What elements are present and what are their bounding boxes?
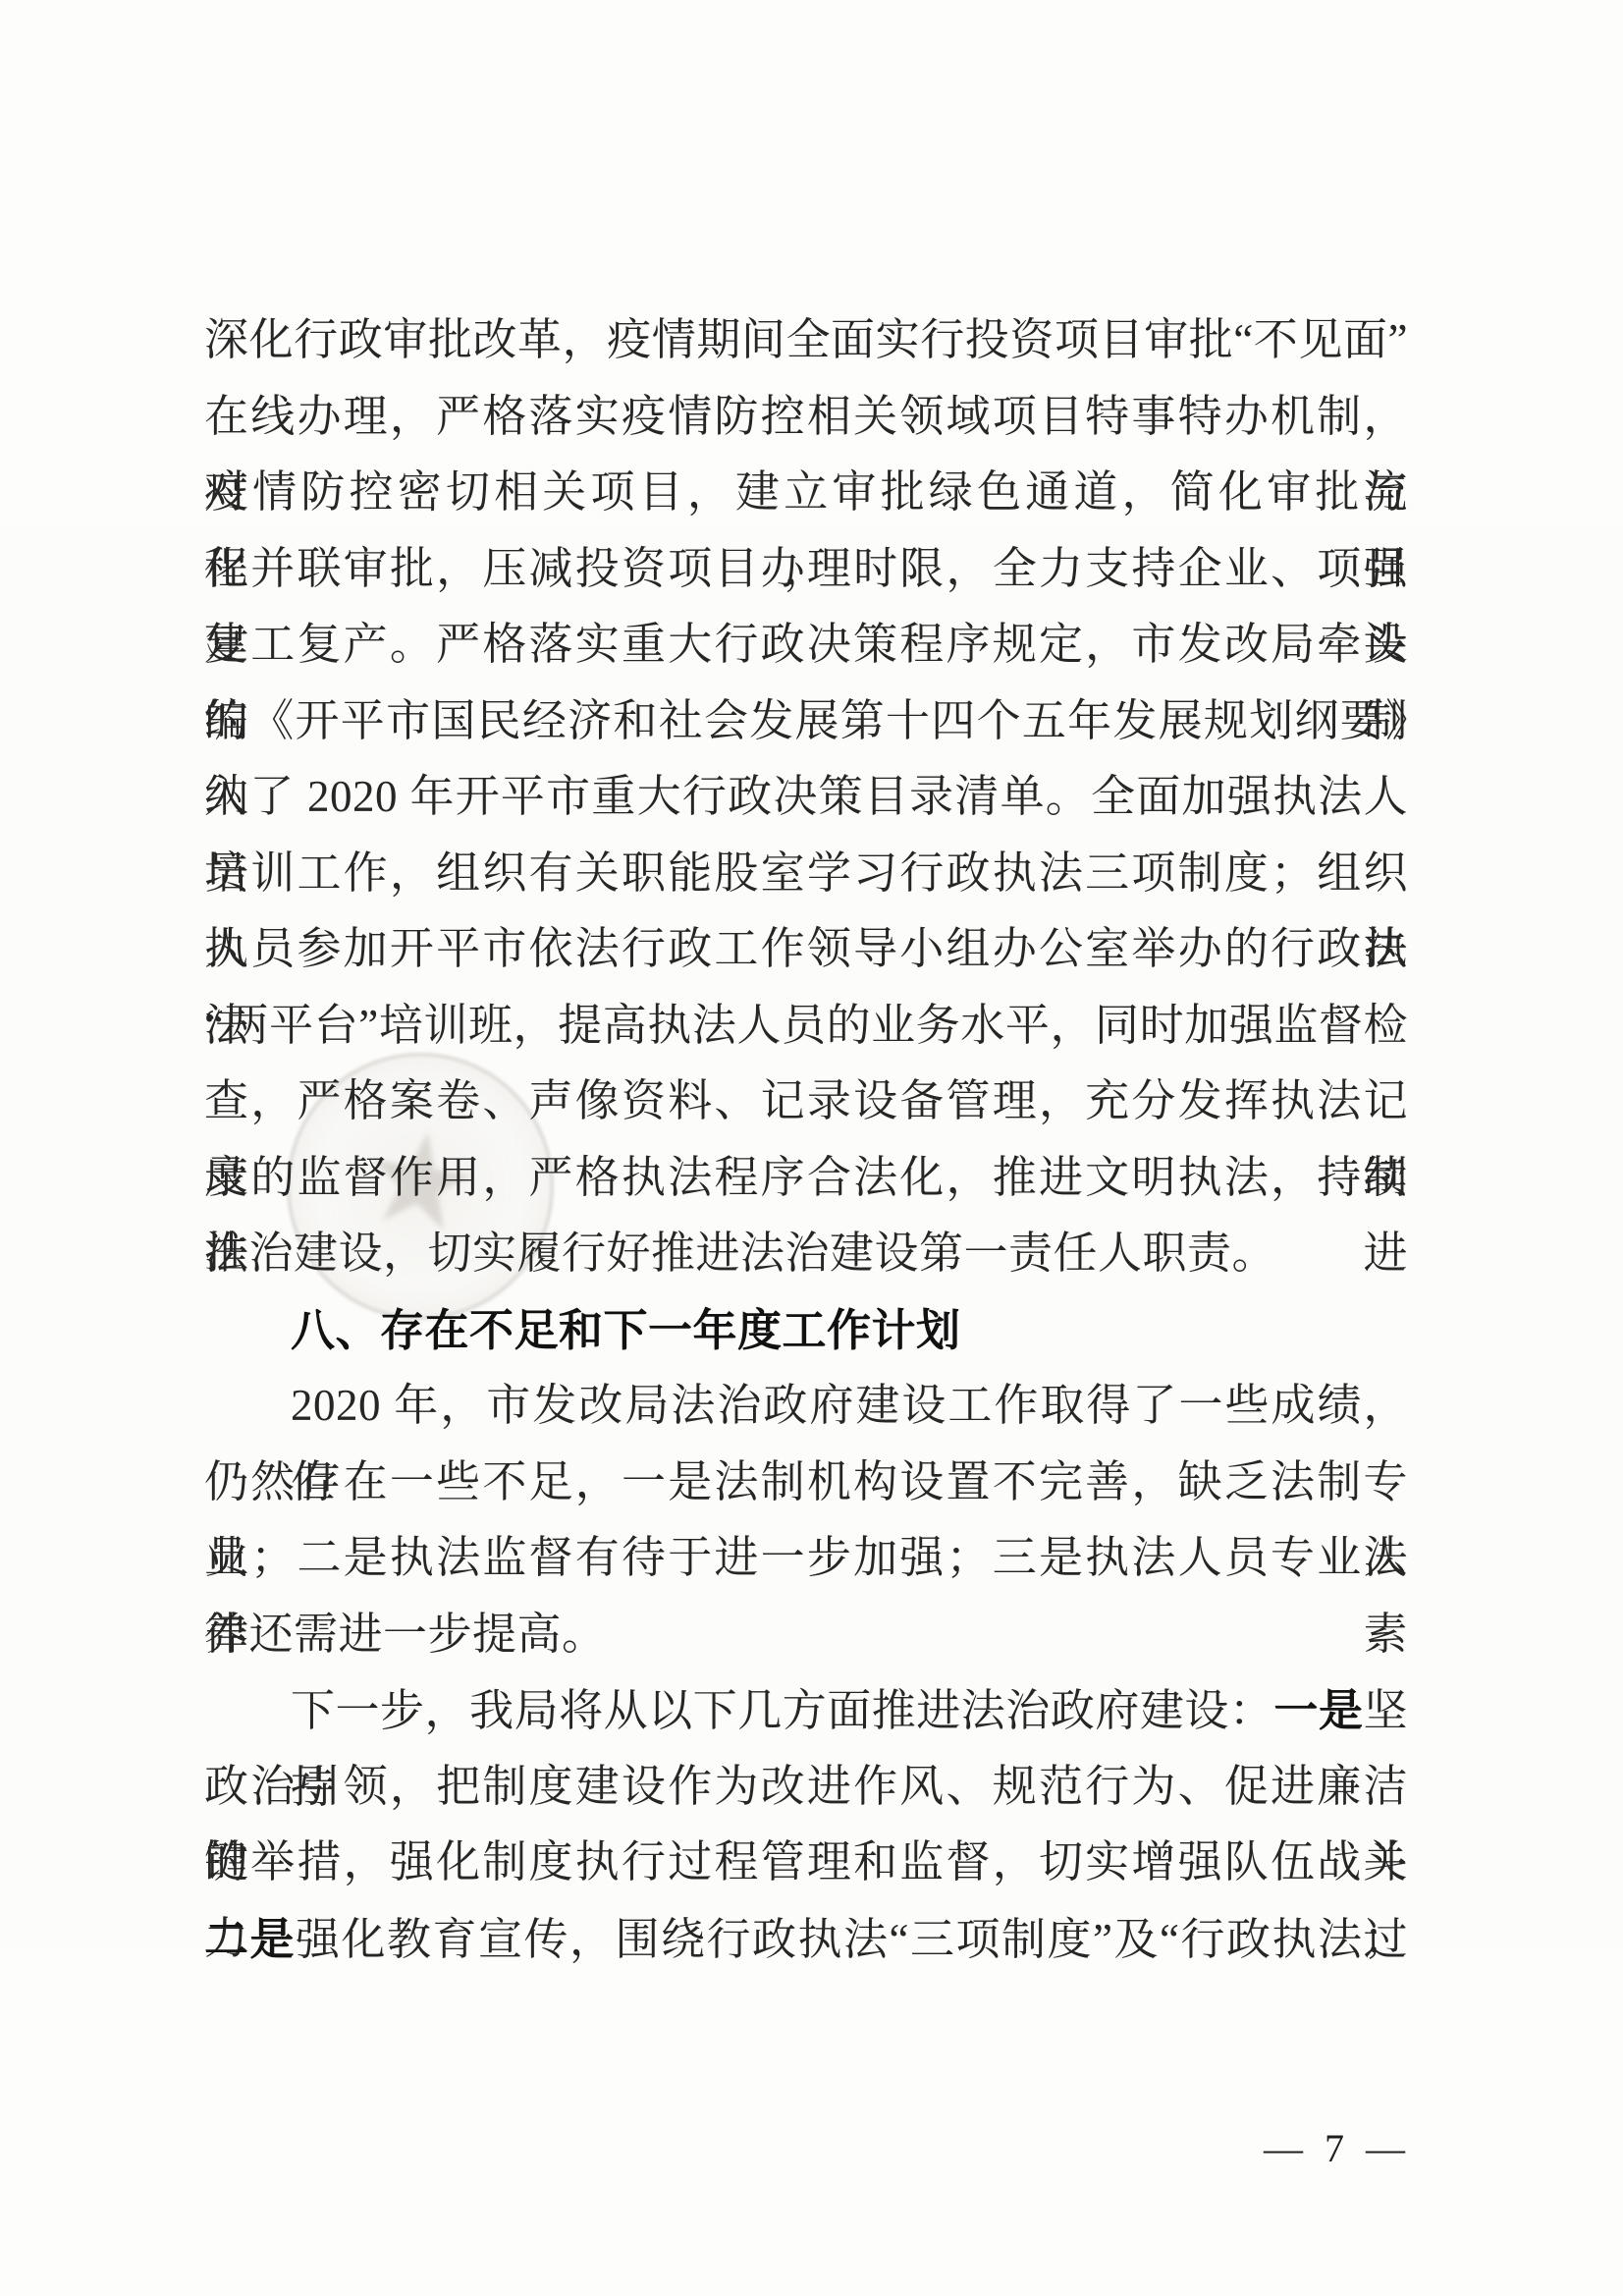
text-line: 二是强化教育宣传，围绕行政执法“三项制度”及“行政执法过 — [204, 1901, 1408, 1978]
page-number: — 7 — — [1239, 2117, 1435, 2180]
text-line: 查，严格案卷、声像资料、记录设备管理，充分发挥执法记录制 — [204, 1064, 1408, 1140]
text-line: 人员参加开平市依法行政工作领导小组办公室举办的行政执法 — [204, 911, 1408, 988]
text-line: 培训工作，组织有关职能股室学习行政执法三项制度；组织执法 — [204, 836, 1408, 912]
text-line: 2020 年，市发改局法治政府建设工作取得了一些成绩，但 — [204, 1368, 1408, 1445]
text-line: 员；二是执法监督有待于进一步加强；三是执法人员专业法律素 — [204, 1520, 1408, 1597]
text-run: 下一步，我局将从以下几方面推进法治政府建设： — [291, 1686, 1273, 1735]
text-run: 八、存在不足和下一年度工作计划 — [291, 1305, 961, 1355]
text-line: 度的监督作用，严格执法程序合法化，推进文明执法，持续推进 — [204, 1140, 1408, 1217]
section-heading: 八、存在不足和下一年度工作计划 — [204, 1292, 1408, 1369]
text-line: 深化行政审批改革，疫情期间全面实行投资项目审批“不见面” — [204, 302, 1408, 379]
document-body-text: 深化行政审批改革，疫情期间全面实行投资项目审批“不见面”在线办理，严格落实疫情防… — [204, 302, 1408, 1977]
text-line: 复工复产。严格落实重大行政决策程序规定，市发改局牵头编制 — [204, 607, 1408, 683]
text-run: 深化行政审批改革，疫情期间全面实行投资项目审批“不见面” — [204, 315, 1408, 364]
text-line: 政治引领，把制度建设作为改进作风、规范行为、促进廉洁的关 — [204, 1749, 1408, 1826]
bold-run: 一是 — [1273, 1685, 1363, 1735]
text-line: 键举措，强化制度执行过程管理和监督，切实增强队伍战斗力； — [204, 1825, 1408, 1901]
text-run: 法治建设，切实履行好推进法治建设第一责任人职责。 — [204, 1229, 1276, 1278]
text-run: 强化教育宣传，围绕行政执法“三项制度”及“行政执法过 — [296, 1915, 1408, 1964]
document-page: ★ 深化行政审批改革，疫情期间全面实行投资项目审批“不见面”在线办理，严格落实疫… — [0, 0, 1623, 2296]
bold-run: 二是 — [204, 1914, 296, 1964]
text-line: 疫情防控密切相关项目，建立审批绿色通道，简化审批流程，强 — [204, 455, 1408, 531]
text-run: “两平台”培训班，提高执法人员的业务水平，同时加强监督检 — [204, 1001, 1408, 1050]
text-line: 入了 2020 年开平市重大行政决策目录清单。全面加强执法人员 — [204, 759, 1408, 836]
text-run: 养还需进一步提高。 — [204, 1610, 607, 1659]
text-line: 的《开平市国民经济和社会发展第十四个五年发展规划纲要》纳 — [204, 683, 1408, 760]
text-line: “两平台”培训班，提高执法人员的业务水平，同时加强监督检 — [204, 988, 1408, 1065]
text-line: 仍然存在一些不足，一是法制机构设置不完善，缺乏法制专业人 — [204, 1445, 1408, 1521]
text-line: 法治建设，切实履行好推进法治建设第一责任人职责。 — [204, 1216, 1408, 1292]
text-line: 在线办理，严格落实疫情防控相关领域项目特事特办机制，对与 — [204, 379, 1408, 456]
text-line: 化并联审批，压减投资项目办理时限，全力支持企业、项目建设 — [204, 531, 1408, 608]
text-line: 下一步，我局将从以下几方面推进法治政府建设：一是坚持 — [204, 1672, 1408, 1749]
